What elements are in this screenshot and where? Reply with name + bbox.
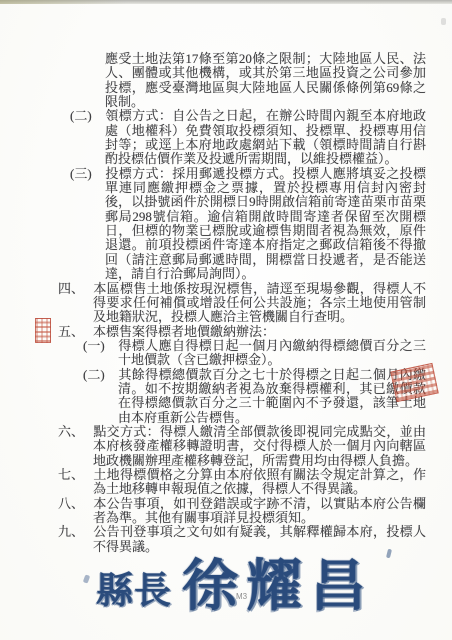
notice-paragraph: 六、點交方式：得標人繳清全部價款後即視同完成點交，並由本府核發產權移轉證明書，交… [93,425,426,468]
item-marker: 七、 [58,468,93,482]
item-text: 領標方式：自公告之日起，在辦公時間內親至本府地政處（地權科）免費領取投標須知、投… [105,108,426,166]
notice-paragraph: (三)投標方式：採用郵遞投標方式。投標人應將填妥之投標單連同應繳押標金之票據，置… [105,167,426,282]
notice-text-body: 應受土地法第17條至第20條之限制；大陸地區人民、法人、團體或其他機構，或其於第… [58,52,426,554]
notice-paragraph: 四、本區標售土地係按現況標售，請逕至現場參觀，得標人不得要求任何補償或增設任何公… [93,282,426,325]
signature-name: 徐耀昌 [182,542,374,622]
item-marker: 九、 [58,525,93,539]
item-marker: (一) [83,339,118,353]
item-marker: 五、 [58,325,93,339]
item-text: 投標方式：採用郵遞投標方式。投標人應將填妥之投標單連同應繳押標金之票據，置於投標… [105,166,426,281]
item-text: 本區標售土地係按現況標售，請逕至現場參觀，得標人不得要求任何補償或增設任何公共設… [93,281,426,325]
scanned-notice-page: 應受土地法第17條至第20條之限制；大陸地區人民、法人、團體或其他機構，或其於第… [0,0,452,640]
item-marker: 六、 [58,425,93,439]
notice-paragraph: (一)得標人應自得標日起一個月內繳納得標總價百分之三十地價款（含已繳押標金）。 [118,339,426,368]
item-text: 本標售案得標者地價繳納辦法： [93,324,275,339]
item-marker: 四、 [58,282,93,296]
notice-paragraph: (二)領標方式：自公告之日起，在辦公時間內親至本府地政處（地權科）免費領取投標須… [105,109,426,166]
item-text: 本公告事項，如刊登錯誤或字跡不清，以實貼本府公告欄者為準。其他有關事項詳見投標須… [93,496,426,525]
item-text: 應受土地法第17條至第20條之限制；大陸地區人民、法人、團體或其他機構，或其於第… [105,51,426,109]
notice-paragraph: 應受土地法第17條至第20條之限制；大陸地區人民、法人、團體或其他機構，或其於第… [105,52,426,109]
item-text: 土地得標價格之分算由本府依照有關法令規定計算之，作為土地移轉申報現值之依據，得標… [93,467,426,496]
notice-paragraph: 五、本標售案得標者地價繳納辦法： [93,325,426,339]
notice-paragraph: 七、土地得標價格之分算由本府依照有關法令規定計算之，作為土地移轉申報現值之依據，… [93,468,426,497]
scan-edge-top [0,0,452,4]
item-marker: (三) [70,167,105,181]
signature-title: 縣長 [96,560,172,614]
item-marker: 八、 [58,497,93,511]
signature-annotation: M3 [236,592,247,601]
item-text: 點交方式：得標人繳清全部價款後即視同完成點交，並由本府核發產權移轉證明書，交付得… [93,424,426,468]
item-marker: (二) [83,368,118,382]
item-marker: (二) [70,109,105,123]
notice-paragraph: 八、本公告事項，如刊登錯誤或字跡不清，以實貼本府公告欄者為準。其他有關事項詳見投… [93,497,426,526]
signature-block: 縣長 徐耀昌 [96,542,396,622]
scan-speck [441,18,446,25]
item-text: 其餘得標總價款百分之七十於得標之日起二個月內繳清。如不按期繳納者視為放棄得標權利… [118,367,426,425]
red-seal-stamp-small [35,318,51,343]
item-text: 得標人應自得標日起一個月內繳納得標總價百分之三十地價款（含已繳押標金）。 [118,338,426,367]
ink-speck [83,574,90,583]
notice-paragraph: (二)其餘得標總價款百分之七十於得標之日起二個月內繳清。如不按期繳納者視為放棄得… [118,368,426,425]
